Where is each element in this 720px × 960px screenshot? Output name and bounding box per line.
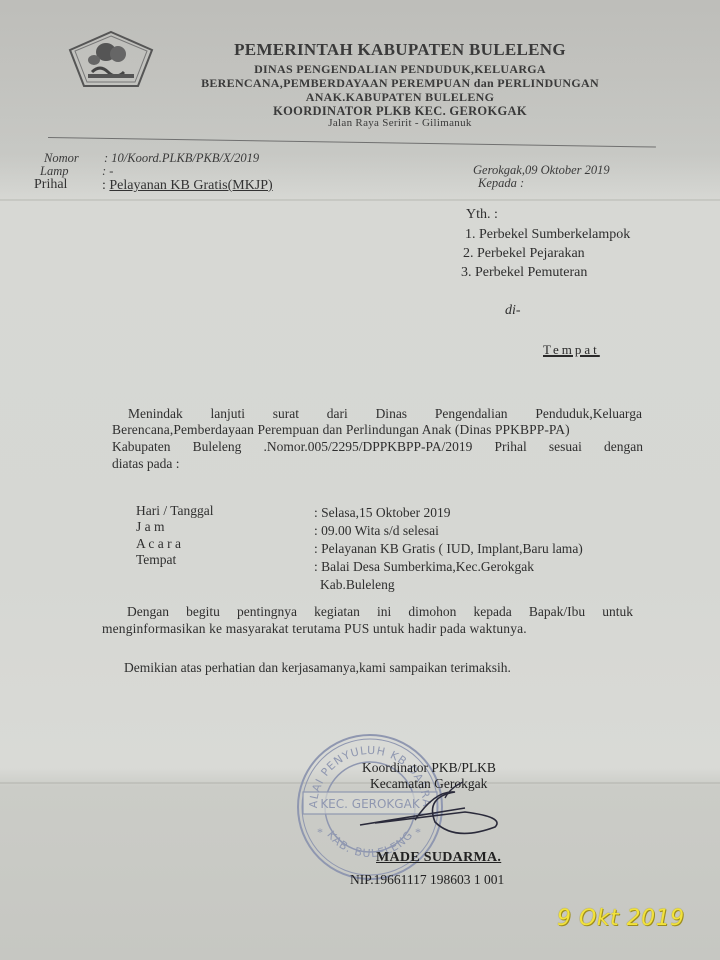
detail-label: A c a r a xyxy=(136,536,181,552)
signatory-name: MADE SUDARMA. xyxy=(376,850,501,866)
paper-fold xyxy=(0,199,720,201)
detail-value: : Selasa,15 Oktober 2019 xyxy=(314,505,450,521)
paragraph-2-line-2: menginformasikan ke masyarakat terutama … xyxy=(102,621,527,637)
detail-label: Hari / Tanggal xyxy=(136,503,214,519)
paragraph-1-line-4: diatas pada : xyxy=(112,456,179,472)
signature-scribble-icon xyxy=(355,780,505,840)
detail-label: Tempat xyxy=(136,552,176,568)
detail-value-continued: Kab.Buleleng xyxy=(320,577,395,593)
tempat-label: Tempat xyxy=(543,342,600,358)
paragraph-2-line-1: Dengan begitu pentingnya kegiatan ini di… xyxy=(127,604,633,620)
photo-date-overlay: 9 Okt 2019 xyxy=(557,906,685,931)
recipient-item: 2. Perbekel Pejarakan xyxy=(463,246,585,262)
detail-label: J a m xyxy=(136,519,165,535)
nomor-value: : 10/Koord.PLKB/PKB/X/2019 xyxy=(104,151,259,166)
signatory-title: Koordinator PKB/PLKB xyxy=(362,760,496,776)
detail-value: : 09.00 Wita s/d selesai xyxy=(314,523,439,539)
letterhead-agency-3: ANAK.KABUPATEN BULELENG xyxy=(160,90,640,105)
recipient-greeting: Yth. : xyxy=(466,207,498,223)
letterhead-agency-1: DINAS PENGENDALIAN PENDUDUK,KELUARGA xyxy=(160,62,640,77)
prihal-value: Pelayanan KB Gratis(MKJP) xyxy=(109,178,272,193)
recipient-item: 3. Perbekel Pemuteran xyxy=(461,265,587,281)
paragraph-1-line-2: Berencana,Pemberdayaan Perempuan dan Per… xyxy=(112,422,570,438)
closing-paragraph: Demikian atas perhatian dan kerjasamanya… xyxy=(124,660,511,676)
svg-text:*: * xyxy=(317,825,323,839)
lamp-value: : - xyxy=(102,164,113,179)
kepada-label: Kepada : xyxy=(478,176,524,191)
paragraph-1-line-3: Kabupaten Buleleng .Nomor.005/2295/DPPKB… xyxy=(112,439,643,455)
paragraph-1-line-1: Menindak lanjuti surat dari Dinas Pengen… xyxy=(128,406,642,422)
letterhead-address: Jalan Raya Seririt - Gilimanuk xyxy=(160,117,640,129)
di-label: di- xyxy=(505,303,521,319)
prihal-label: Prihal xyxy=(34,177,67,193)
detail-value: : Pelayanan KB Gratis ( IUD, Implant,Bar… xyxy=(314,541,583,557)
prihal-field: : Pelayanan KB Gratis(MKJP) xyxy=(102,178,273,194)
detail-value: : Balai Desa Sumberkima,Kec.Gerokgak xyxy=(314,559,534,575)
recipient-item: 1. Perbekel Sumberkelampok xyxy=(465,227,630,243)
letterhead-agency-2: BERENCANA,PEMBERDAYAAN PEREMPUAN dan PER… xyxy=(150,76,650,91)
regency-emblem-icon xyxy=(68,30,154,88)
letterhead-government: PEMERINTAH KABUPATEN BULELENG xyxy=(160,40,640,60)
signatory-nip: NIP.19661117 198603 1 001 xyxy=(350,872,504,888)
